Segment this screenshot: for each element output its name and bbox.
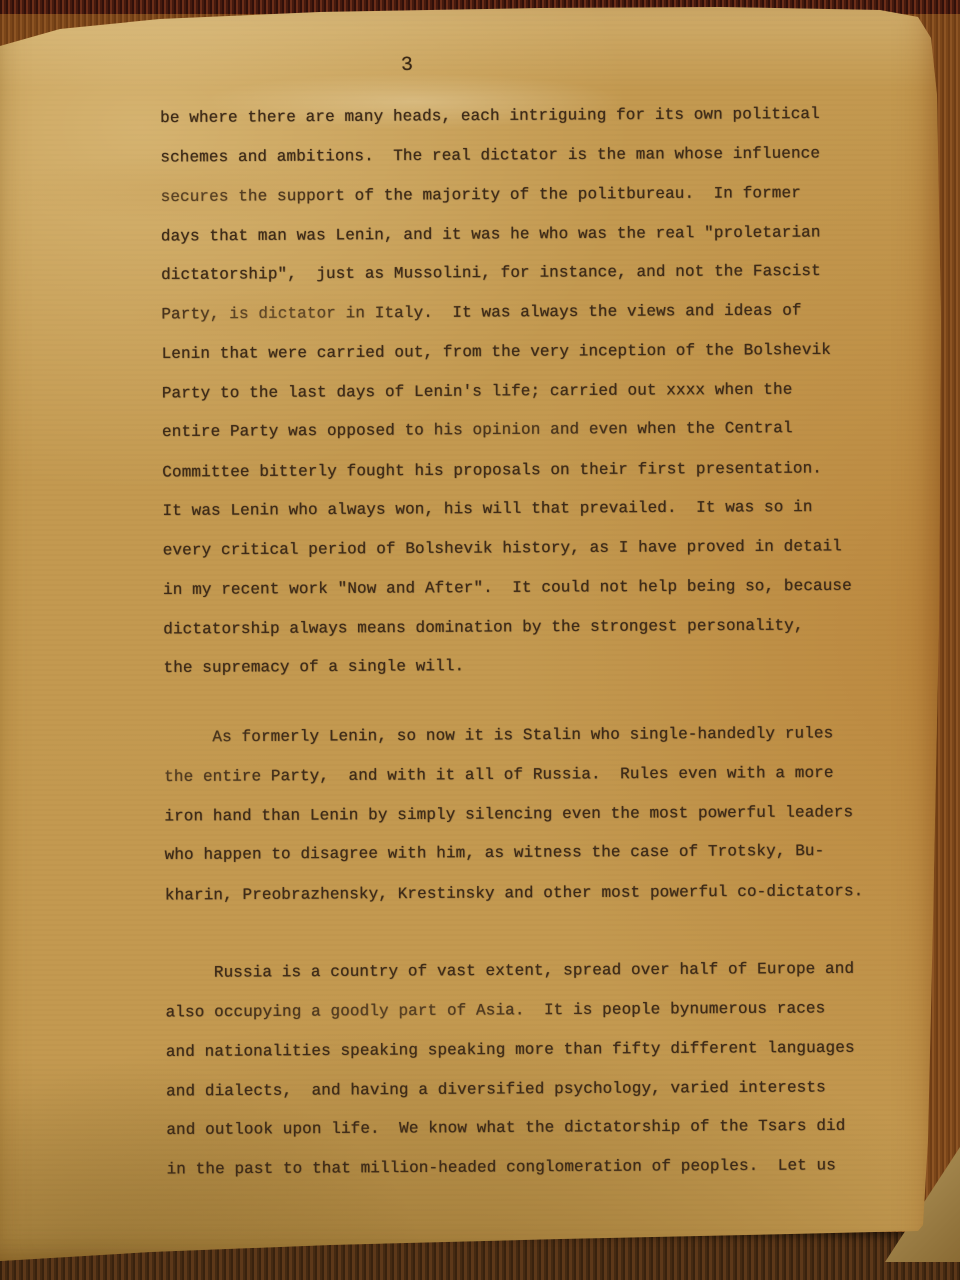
text-line: dictatorship always means domination by … (163, 606, 893, 650)
text-line: kharin, Preobrazhensky, Krestinsky and o… (165, 872, 895, 916)
text-line: and dialects, and having a diversified p… (166, 1068, 896, 1112)
document-page: 3 be where there are many heads, each in… (0, 0, 942, 1266)
text-line: dictatorship", just as Mussolini, for in… (161, 252, 891, 296)
text-line: and outlook upon life. We know what the … (166, 1107, 896, 1151)
typewritten-text-block: be where there are many heads, each intr… (160, 95, 897, 1190)
text-line: also occupying a goodly part of Asia. It… (165, 989, 895, 1033)
text-line: schemes and ambitions. The real dictator… (160, 134, 890, 178)
text-line: days that man was Lenin, and it was he w… (161, 213, 891, 257)
text-line: It was Lenin who always won, his will th… (162, 488, 892, 532)
text-line: Committee bitterly fought his proposals … (162, 449, 892, 493)
text-line: the supremacy of a single will. (163, 645, 893, 689)
page-number: 3 (400, 56, 413, 77)
photo-scene: 3 be where there are many heads, each in… (0, 0, 960, 1280)
text-line: the entire Party, and with it all of Rus… (164, 753, 894, 797)
text-line: in the past to that million-headed congl… (166, 1146, 896, 1190)
text-line: and nationalities speaking speaking more… (166, 1028, 896, 1072)
text-line: secures the support of the majority of t… (160, 173, 890, 217)
text-line: in my recent work "Now and After". It co… (163, 566, 893, 610)
text-line: Russia is a country of vast extent, spre… (165, 949, 895, 993)
text-line: be where there are many heads, each intr… (160, 95, 890, 139)
text-line: every critical period of Bolshevik histo… (163, 527, 893, 571)
text-line: entire Party was opposed to his opinion … (162, 409, 892, 453)
text-line: Lenin that were carried out, from the ve… (161, 330, 891, 374)
text-line: iron hand than Lenin by simply silencing… (164, 793, 894, 837)
text-line: As formerly Lenin, so now it is Stalin w… (164, 714, 894, 758)
text-line: Party, is dictator in Italy. It was alwa… (161, 292, 891, 336)
text-line: who happen to disagree with him, as witn… (165, 832, 895, 876)
text-line: Party to the last days of Lenin's life; … (162, 370, 892, 414)
